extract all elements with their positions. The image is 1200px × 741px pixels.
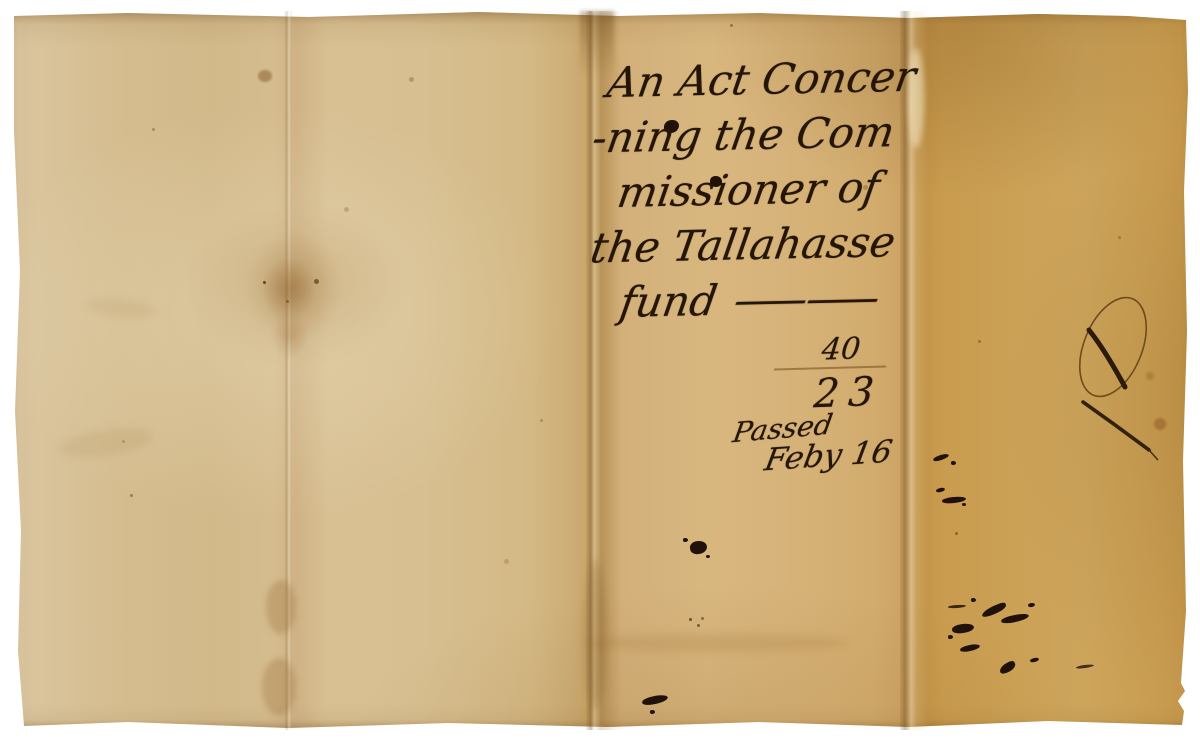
paper-stain (272, 312, 308, 358)
docket-line-4: the Tallahasse (587, 213, 927, 275)
ink-splatter (706, 555, 710, 558)
ink-splatter (962, 503, 966, 506)
pen-dash: —— (729, 269, 882, 327)
ink-splatter (948, 635, 953, 639)
pen-flourish-mark (1075, 290, 1170, 470)
docket-line-1: An Act Concer (603, 48, 923, 110)
paper-stain (588, 634, 848, 652)
paper-stain (258, 70, 272, 82)
ink-splatter (683, 538, 688, 542)
ink-splatter (971, 598, 976, 602)
paper-specks (0, 0, 3, 3)
docket-line-3: missioner of (614, 158, 926, 220)
ink-splatter (650, 710, 655, 714)
tally-top: 40 (820, 331, 862, 367)
docket-line-5: fund—— (616, 268, 928, 330)
paper-stain (266, 580, 296, 634)
paper-stain (584, 560, 606, 710)
docket-line-5-word: fund (617, 276, 721, 327)
docket-title: An Act Concer -ning the Com missioner of… (589, 49, 925, 331)
docket-line-2: -ning the Com (589, 103, 925, 165)
paper-stain (262, 658, 296, 716)
scanned-document: An Act Concer -ning the Com missioner of… (0, 0, 1200, 741)
ink-splatter (951, 461, 956, 465)
